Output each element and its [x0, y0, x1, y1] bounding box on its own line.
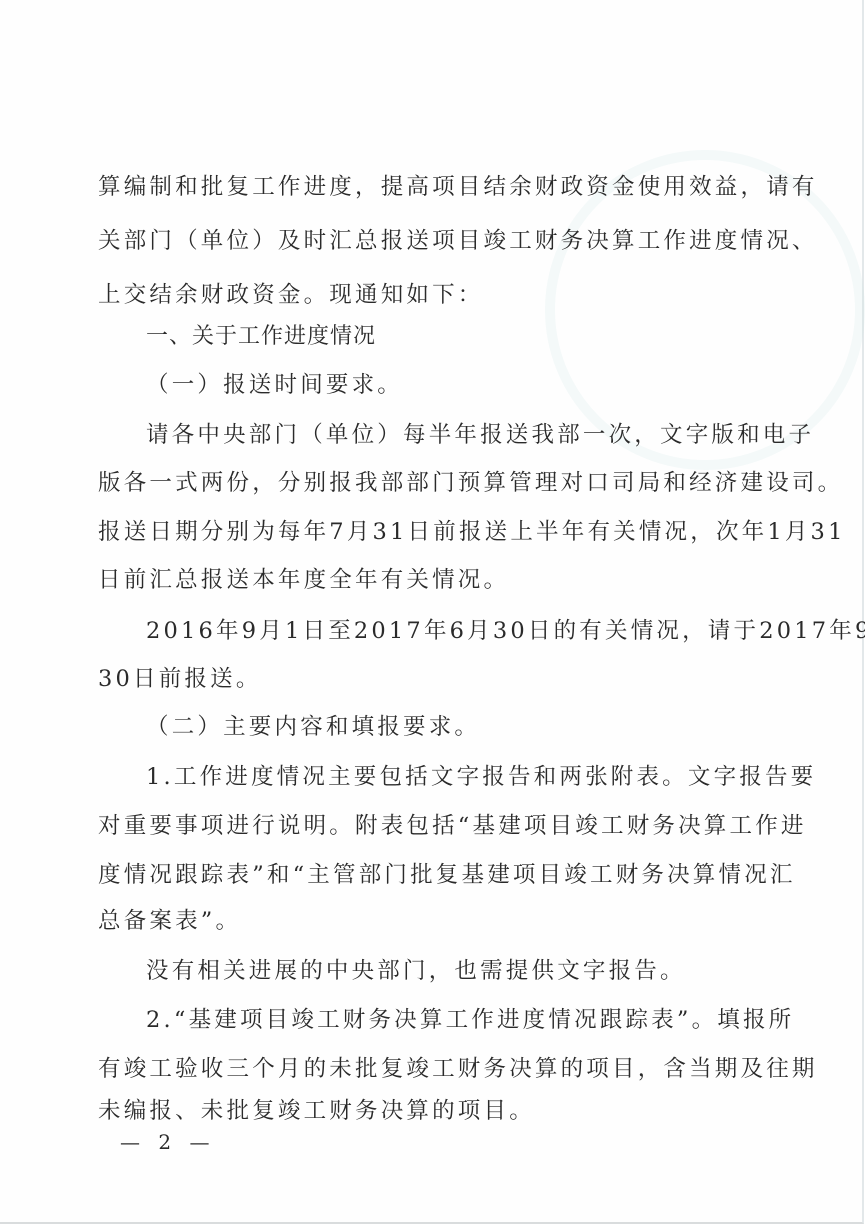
paragraph-line: 版各一式两份，分别报我部部门预算管理对口司局和经济建设司。: [98, 468, 843, 498]
paragraph-line: 有竣工验收三个月的未批复竣工财务决算的项目，含当期及往期: [98, 1054, 818, 1084]
paragraph-line: 30日前报送。: [98, 664, 262, 694]
document-page: 算编制和批复工作进度，提高项目结余财政资金使用效益，请有 关部门（单位）及时汇总…: [0, 0, 864, 1224]
paragraph-line: 没有相关进展的中央部门，也需提供文字报告。: [146, 956, 686, 986]
paragraph-line: 报送日期分别为每年7月31日前报送上半年有关情况，次年1月31: [98, 517, 846, 547]
paragraph-line: 请各中央部门（单位）每半年报送我部一次，文字版和电子: [146, 420, 814, 450]
paragraph-line: 关部门（单位）及时汇总报送项目竣工财务决算工作进度情况、: [98, 226, 818, 256]
paragraph-line: 上交结余财政资金。现通知如下：: [98, 280, 484, 310]
paragraph-line: 1.工作进度情况主要包括文字报告和两张附表。文字报告要: [146, 762, 816, 792]
paragraph-line: 度情况跟踪表”和“主管部门批复基建项目竣工财务决算情况汇: [98, 860, 796, 890]
section-heading: 一、关于工作进度情况: [146, 322, 376, 352]
paragraph-line: 总备案表”。: [98, 906, 241, 936]
subsection-heading: （一）报送时间要求。: [146, 370, 403, 400]
paragraph-line: 日前汇总报送本年度全年有关情况。: [98, 565, 509, 595]
paragraph-line: 对重要事项进行说明。附表包括“基建项目竣工财务决算工作进: [98, 811, 807, 841]
paragraph-line: 未编报、未批复竣工财务决算的项目。: [98, 1096, 535, 1126]
paragraph-line: 算编制和批复工作进度，提高项目结余财政资金使用效益，请有: [98, 172, 818, 202]
paragraph-line: 2016年9月1日至2017年6月30日的有关情况，请于2017年9月: [146, 616, 865, 646]
paragraph-line: 2.“基建项目竣工财务决算工作进度情况跟踪表”。填报所: [146, 1005, 794, 1035]
page-number: — 2 —: [120, 1130, 215, 1154]
subsection-heading: （二）主要内容和填报要求。: [146, 712, 480, 742]
